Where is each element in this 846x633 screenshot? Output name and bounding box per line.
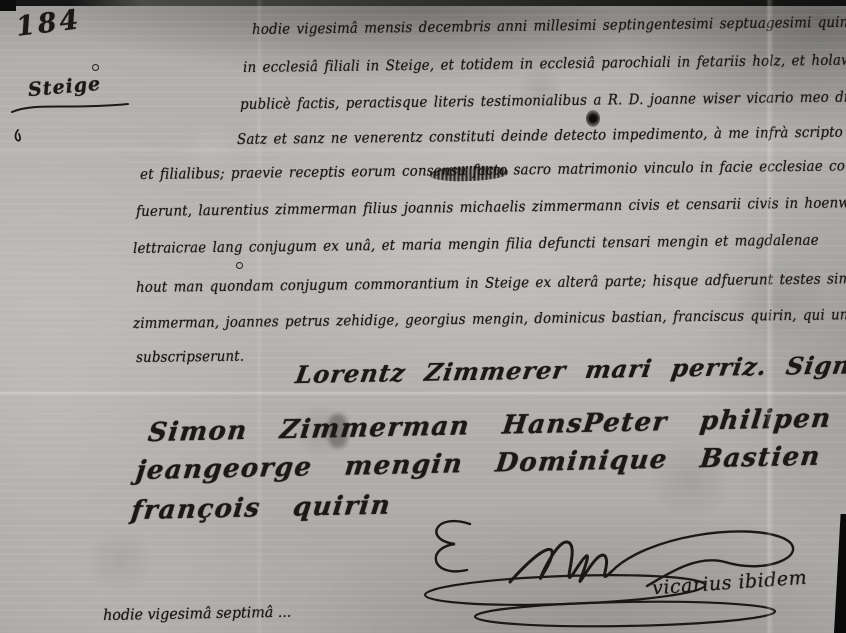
margin-flourish	[8, 96, 148, 156]
signature-witness: Simon Zimmerman HansPeter philipen	[146, 404, 833, 448]
scan-edge-top	[0, 0, 846, 6]
page-number: 184	[14, 4, 83, 43]
record-line: publicè factis, peractisque literis test…	[240, 88, 846, 113]
record-line: Satz et sanz ne venerentz constituti dei…	[237, 123, 846, 148]
record-line: lettraicrae lang conjugum ex unâ, et mar…	[133, 233, 819, 257]
signature-witness: jeangeorge mengin Dominique Bastien	[134, 442, 822, 486]
scan-edge-corner	[0, 0, 16, 11]
ink-dot	[236, 262, 243, 269]
scan-edge-right-bottom	[834, 514, 846, 633]
record-line: in ecclesiâ filiali in Steige, et totide…	[243, 50, 846, 76]
ink-blot	[586, 110, 600, 127]
signature-witness: françois quirin	[129, 491, 392, 527]
record-line: fuerunt, laurentius zimmerman filius joa…	[136, 195, 846, 220]
scanned-register-page: 184 Steige hodie vigesimâ mensis decembr…	[0, 0, 846, 633]
next-entry-partial-line: hodie vigesimâ septimâ ...	[103, 603, 292, 624]
signature-attestation-line: Lorentz Zimmerer mari perriz. Signum ⊕ h…	[293, 347, 846, 389]
record-line: zimmerman, joannes petrus zehidige, geor…	[133, 307, 846, 332]
record-line: hodie vigesimâ mensis decembris anni mil…	[252, 12, 846, 38]
record-line: subscripserunt.	[136, 349, 244, 366]
ink-dot	[92, 64, 99, 71]
record-line: hout man quondam conjugum commorantium i…	[136, 271, 846, 296]
